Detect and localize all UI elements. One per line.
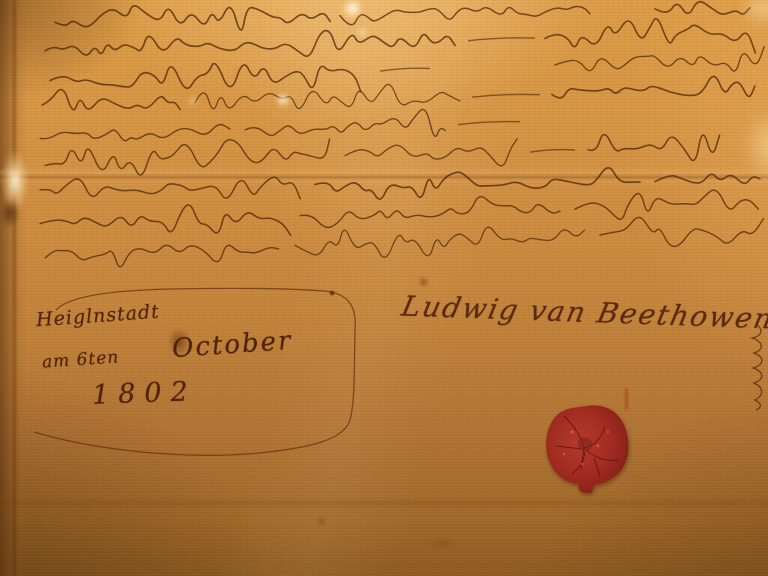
handwriting-line (42, 75, 755, 114)
red-fleck (418, 276, 429, 288)
handwriting-line (50, 44, 766, 102)
signature-flourish-icon (744, 322, 768, 412)
light-reflection (187, 95, 199, 107)
red-wax-seal-icon (542, 402, 634, 498)
ink-smudge (168, 328, 190, 356)
handwriting-line (40, 106, 521, 148)
handwriting-line (40, 165, 760, 205)
manuscript-photo: Heiglnstadt am 6ten October 1802 Ludwig … (0, 0, 768, 576)
wax-streak (625, 388, 628, 410)
light-reflection (356, 26, 369, 39)
handwriting-line (40, 187, 759, 243)
light-reflection (275, 92, 291, 108)
ink-blot (330, 291, 335, 296)
paper-stain (428, 538, 456, 549)
paper-stain (316, 516, 327, 527)
handwriting-line (55, 0, 750, 34)
dateline-year: 1802 (91, 376, 197, 411)
handwriting-line (45, 16, 756, 72)
